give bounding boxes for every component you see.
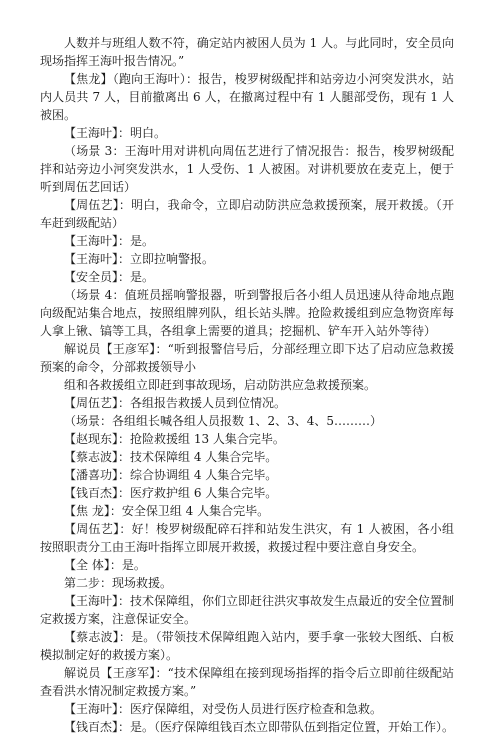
- paragraph-25: 【王海叶】：医疗保障组，对受伤人员进行医疗检查和急救。: [40, 700, 454, 718]
- paragraph-6: 【王海叶】：是。: [40, 232, 454, 250]
- paragraph-15: 【蔡志波】：技术保障组 4 人集合完毕。: [40, 448, 454, 466]
- paragraph-9: （场景 4：值班员摇响警报器，听到警报后各小组人员迅速从待命地点跑向级配站集合地…: [40, 286, 454, 340]
- paragraph-20: 【全 体】：是。: [40, 556, 454, 574]
- paragraph-13: （场景：各组组长喊各组人员报数 1、2、3、4、5………）: [40, 412, 454, 430]
- paragraph-16: 【潘喜功】：综合协调组 4 人集合完毕。: [40, 466, 454, 484]
- paragraph-3: 【王海叶】：明白。: [40, 124, 454, 142]
- paragraph-23: 【蔡志波】：是。（带领技术保障组跑入站内，要手拿一张较大图纸、白板模拟制定好的救…: [40, 628, 454, 664]
- paragraph-26: 【钱百杰】：是。（医疗保障组钱百杰立即带队伍到指定位置，开始工作）。: [40, 718, 454, 736]
- paragraph-21: 第二步：现场救援。: [40, 574, 454, 592]
- paragraph-19: 【周伍艺】：好！梭罗树级配碎石拌和站发生洪灾，有 1 人被困，各小组按照职责分工…: [40, 520, 454, 556]
- paragraph-24: 解说员【王彦军】：“技术保障组在接到现场指挥的指令后立即前往级配站查看洪水情况制…: [40, 664, 454, 700]
- paragraph-4: （场景 3：王海叶用对讲机向周伍艺进行了情况报告：报告，梭罗树级配拌和站旁边小河…: [40, 142, 454, 196]
- paragraph-8: 【安全员】：是。: [40, 268, 454, 286]
- paragraph-7: 【王海叶】：立即拉响警报。: [40, 250, 454, 268]
- paragraph-14: 【赵现东】：抢险救援组 13 人集合完毕。: [40, 430, 454, 448]
- paragraph-22: 【王海叶】：技术保障组，你们立即赶往洪灾事故发生点最近的安全位置制定救援方案，注…: [40, 592, 454, 628]
- paragraph-5: 【周伍艺】：明白，我命令，立即启动防洪应急救援预案，展开救援。（开车赶到级配站）: [40, 196, 454, 232]
- paragraph-17: 【钱百杰】：医疗救护组 6 人集合完毕。: [40, 484, 454, 502]
- paragraph-11: 组和各救援组立即赶到事故现场，启动防洪应急救援预案。: [40, 376, 454, 394]
- paragraph-18: 【焦 龙】：安全保卫组 4 人集合完毕。: [40, 502, 454, 520]
- paragraph-1: 人数并与班组人数不符，确定站内被困人员为 1 人。与此同时，安全员向现场指挥王海…: [40, 34, 454, 70]
- document-page: 人数并与班组人数不符，确定站内被困人员为 1 人。与此同时，安全员向现场指挥王海…: [40, 34, 454, 736]
- paragraph-12: 【周伍艺】：各组报告救援人员到位情况。: [40, 394, 454, 412]
- paragraph-10: 解说员【王彦军】：“听到报警信号后，分部经理立即下达了启动应急救援预案的命令，分…: [40, 340, 454, 376]
- paragraph-2: 【焦龙】（跑向王海叶）：报告，梭罗树级配拌和站旁边小河突发洪水，站内人员共 7 …: [40, 70, 454, 124]
